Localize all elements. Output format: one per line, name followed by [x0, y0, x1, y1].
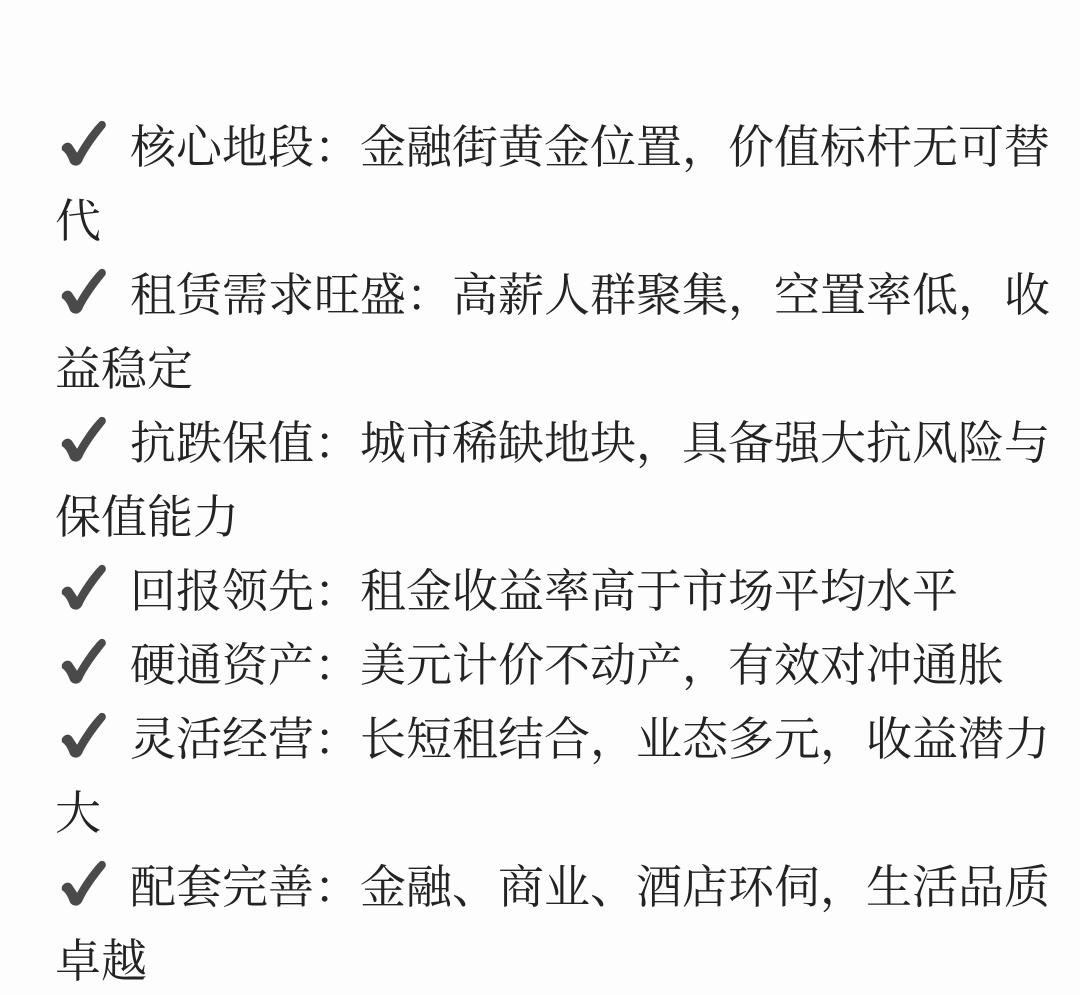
checkmark-icon — [55, 414, 106, 463]
list-item: 灵活经营：长短租结合，业态多元，收益潜力大 — [55, 702, 1055, 850]
list-item-text: 硬通资产：美元计价不动产，有效对冲通胀 — [130, 639, 1004, 691]
list-item-text: 核心地段：金融街黄金位置，价值标杆无可替代 — [55, 121, 1050, 247]
list-item-text: 租赁需求旺盛：高薪人群聚集，空置率低，收益稳定 — [55, 269, 1050, 395]
list-item-text: 回报领先：租金收益率高于市场平均水平 — [130, 565, 958, 617]
list-item: 抗跌保值：城市稀缺地块，具备强大抗风险与保值能力 — [55, 406, 1055, 554]
list-item: 核心地段：金融街黄金位置，价值标杆无可替代 — [55, 110, 1055, 258]
list-item-text: 配套完善：金融、商业、酒店环伺，生活品质卓越 — [55, 861, 1050, 987]
list-item: 配套完善：金融、商业、酒店环伺，生活品质卓越 — [55, 850, 1055, 995]
list-item-text: 灵活经营：长短租结合，业态多元，收益潜力大 — [55, 713, 1050, 839]
checkmark-icon — [55, 710, 106, 759]
checkmark-icon — [55, 266, 106, 315]
list-item: 回报领先：租金收益率高于市场平均水平 — [55, 554, 1055, 628]
checkmark-icon — [55, 562, 106, 611]
checkmark-icon — [55, 858, 106, 907]
list-item-text: 抗跌保值：城市稀缺地块，具备强大抗风险与保值能力 — [55, 417, 1050, 543]
checklist: 核心地段：金融街黄金位置，价值标杆无可替代 租赁需求旺盛：高薪人群聚集，空置率低… — [0, 0, 1080, 995]
list-item: 租赁需求旺盛：高薪人群聚集，空置率低，收益稳定 — [55, 258, 1055, 406]
checkmark-icon — [55, 636, 106, 685]
checkmark-icon — [55, 118, 106, 167]
list-item: 硬通资产：美元计价不动产，有效对冲通胀 — [55, 628, 1055, 702]
